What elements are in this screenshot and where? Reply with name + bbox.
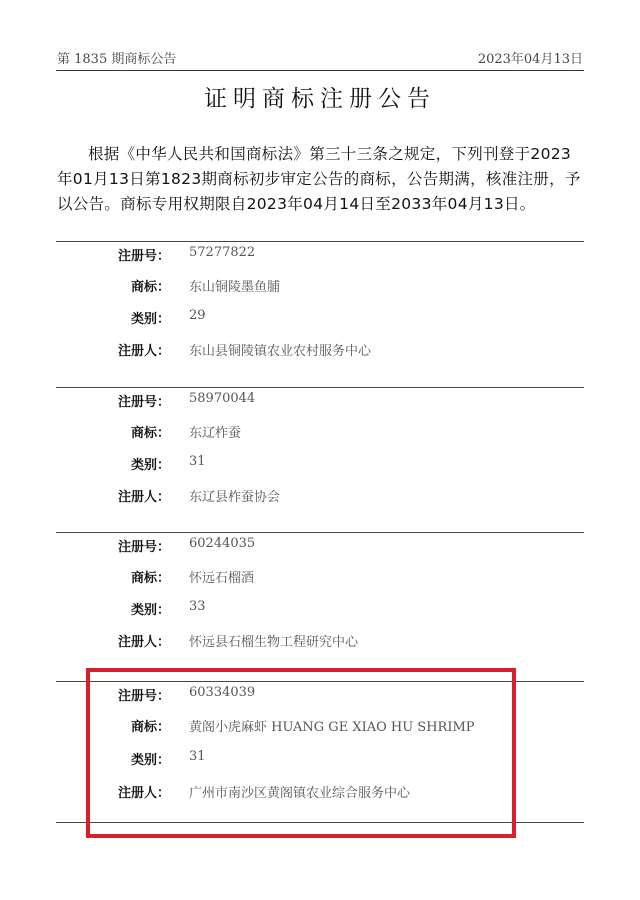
reg-no-label: 注册号：	[118, 391, 170, 410]
header-date: 2023年04月13日	[478, 48, 583, 67]
reg-no-label: 注册号：	[118, 245, 170, 264]
class-label: 类别：	[131, 599, 170, 618]
class-value: 29	[189, 308, 206, 323]
class-row: 类别： 29	[0, 308, 640, 328]
class-row: 类别： 33	[0, 599, 640, 619]
mark-value: 东山铜陵墨鱼脯	[189, 276, 280, 295]
mark-row: 商标： 东辽柞蚕	[0, 422, 640, 442]
mark-row: 商标： 东山铜陵墨鱼脯	[0, 276, 640, 296]
reg-no-row: 注册号： 60244035	[0, 536, 640, 556]
page-title: 证明商标注册公告	[0, 80, 640, 113]
reg-no-value: 58970044	[189, 391, 255, 406]
highlight-box	[86, 668, 516, 838]
header-issue: 第 1835 期商标公告	[57, 48, 176, 67]
registrant-value: 东辽县柞蚕协会	[189, 486, 280, 505]
reg-no-value: 60244035	[189, 536, 255, 551]
registrant-value: 怀远县石榴生物工程研究中心	[189, 631, 358, 650]
registrant-value: 东山县铜陵镇农业农村服务中心	[189, 340, 371, 359]
registrant-label: 注册人：	[118, 486, 170, 505]
reg-no-value: 57277822	[189, 245, 255, 260]
mark-row: 商标： 怀远石榴酒	[0, 567, 640, 587]
mark-value: 东辽柞蚕	[189, 422, 241, 441]
class-value: 31	[189, 454, 206, 469]
mark-label: 商标：	[131, 422, 170, 441]
registrant-row: 注册人： 怀远县石榴生物工程研究中心	[0, 631, 640, 651]
class-label: 类别：	[131, 454, 170, 473]
registrant-row: 注册人： 东山县铜陵镇农业农村服务中心	[0, 340, 640, 360]
class-row: 类别： 31	[0, 454, 640, 474]
divider	[56, 241, 584, 242]
divider	[56, 532, 584, 533]
class-label: 类别：	[131, 308, 170, 327]
intro-paragraph: 根据《中华人民共和国商标法》第三十三条之规定，下列刊登于2023年01月13日第…	[57, 142, 583, 217]
header-divider	[56, 70, 584, 71]
registrant-row: 注册人： 东辽县柞蚕协会	[0, 486, 640, 506]
reg-no-label: 注册号：	[118, 536, 170, 555]
mark-value: 怀远石榴酒	[189, 567, 254, 586]
registrant-label: 注册人：	[118, 631, 170, 650]
divider	[56, 387, 584, 388]
class-value: 33	[189, 599, 206, 614]
reg-no-row: 注册号： 58970044	[0, 391, 640, 411]
registrant-label: 注册人：	[118, 340, 170, 359]
reg-no-row: 注册号： 57277822	[0, 245, 640, 265]
mark-label: 商标：	[131, 276, 170, 295]
mark-label: 商标：	[131, 567, 170, 586]
